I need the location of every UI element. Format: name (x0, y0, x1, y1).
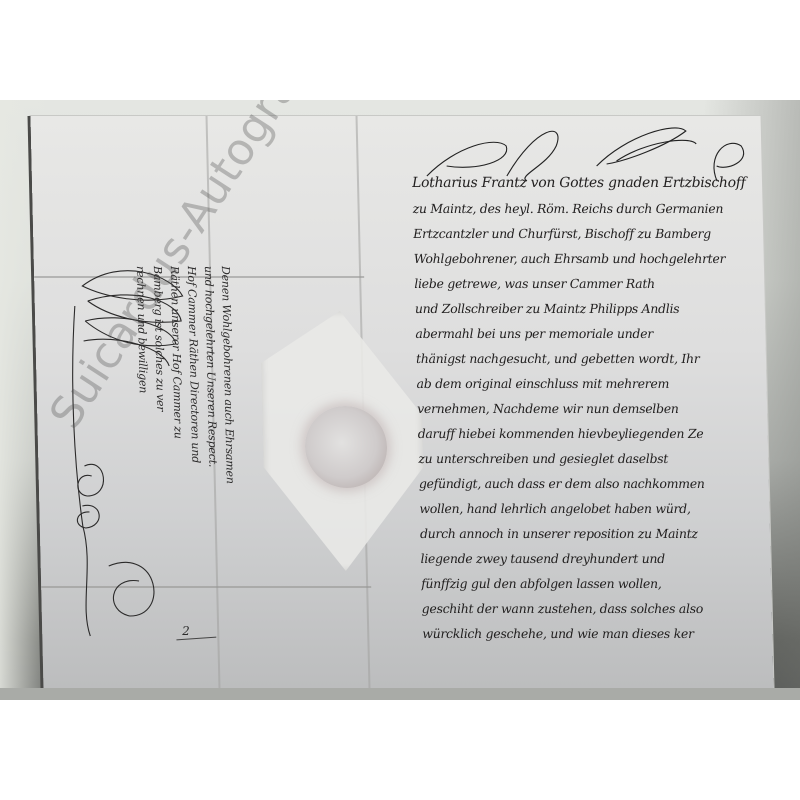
letter-line: fünffzig gul den abfolgen lassen wollen, (421, 571, 800, 596)
letter-line: geschiht der wann zustehen, dass solches… (421, 596, 800, 621)
letter-line: daruff hiebei kommenden hievbeyliegenden… (417, 421, 798, 446)
page-number: 2 (182, 624, 190, 638)
letter-line: liegende zwey tausend dreyhundert und (420, 546, 800, 571)
letter-line: thänigst nachgesucht, und gebetten wordt… (416, 346, 797, 371)
letter-line: Wohlgebohrener, auch Ehrsamb und hochgel… (413, 246, 794, 271)
letter-line: gefündigt, auch dass er dem also nachkom… (419, 471, 800, 496)
letter-line: vernehmen, Nachdeme wir nun demselben (417, 396, 798, 421)
letter-line: liebe getrewe, was unser Cammer Rath (414, 271, 795, 296)
letter-body: Lotharius Frantz von Gottes gnaden Ertzb… (412, 171, 800, 646)
frame-mat (0, 688, 800, 700)
wax-seal-icon (304, 406, 388, 488)
letter-line: Ertzcantzler und Churfürst, Bischoff zu … (413, 221, 794, 246)
letter-paper: Denen Wohlgebohrenen auch Ehrsamen und h… (31, 116, 774, 688)
document-photo: Denen Wohlgebohrenen auch Ehrsamen und h… (0, 100, 800, 700)
letter-line: ab dem original einschluss mit mehrerem (416, 371, 797, 396)
letter-line: abermahl bei uns per memoriale under (415, 321, 796, 346)
letter-line: wollen, hand lehrlich angelobet haben wü… (419, 496, 800, 521)
letter-line: zu unterschreiben und gesieglet daselbst (418, 446, 799, 471)
letter-line: zu Maintz, des heyl. Röm. Reichs durch G… (412, 196, 793, 221)
letter-line: würcklich geschehe, und wie man dieses k… (422, 621, 800, 646)
letter-line: und Zollschreiber zu Maintz Philipps And… (415, 296, 796, 321)
letter-line: durch annoch in unserer reposition zu Ma… (420, 521, 800, 546)
letter-line: Lotharius Frantz von Gottes gnaden Ertzb… (412, 171, 793, 196)
